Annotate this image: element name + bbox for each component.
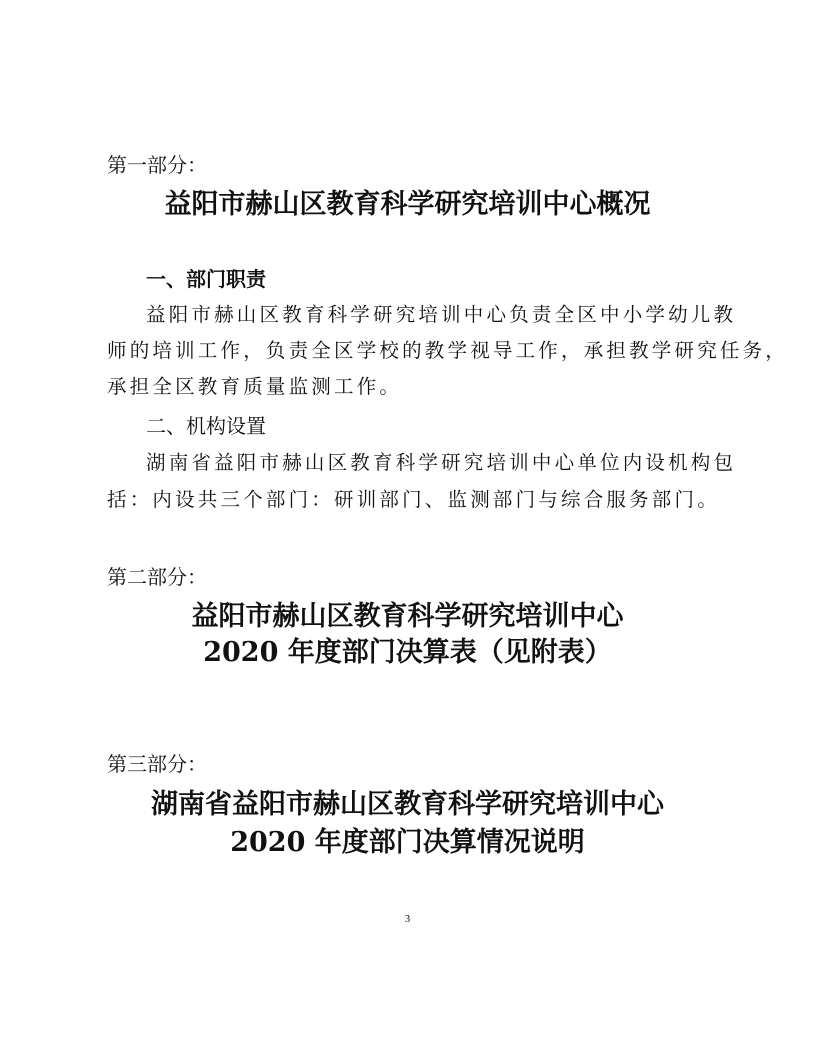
part2-title-line1: 益阳市赫山区教育科学研究培训中心 bbox=[0, 594, 815, 633]
section2-heading: 二、机构设置 bbox=[146, 410, 266, 439]
section2-line-1: 湖南省益阳市赫山区教育科学研究培训中心单位内设机构包 bbox=[146, 447, 736, 475]
section1-heading: 一、部门职责 bbox=[146, 263, 266, 292]
part1-title: 益阳市赫山区教育科学研究培训中心概况 bbox=[0, 182, 815, 221]
page-number: 3 bbox=[0, 913, 815, 925]
part3-label: 第三部分： bbox=[107, 748, 207, 777]
section1-line-2: 师的培训工作，负责全区学校的教学视导工作，承担教学研究任务， bbox=[107, 335, 788, 363]
part3-title-line2: 2020 年度部门决算情况说明 bbox=[0, 820, 815, 859]
part1-label: 第一部分： bbox=[107, 149, 207, 178]
part2-title-line2: 2020 年度部门决算表（见附表） bbox=[0, 630, 815, 669]
part2-label: 第二部分： bbox=[107, 561, 207, 590]
part3-title-line1: 湖南省益阳市赫山区教育科学研究培训中心 bbox=[0, 782, 815, 821]
section1-line-3: 承担全区教育质量监测工作。 bbox=[107, 371, 402, 399]
section1-line-1: 益阳市赫山区教育科学研究培训中心负责全区中小学幼儿教 bbox=[146, 299, 736, 327]
section2-line-2: 括：内设共三个部门：研训部门、监测部门与综合服务部门。 bbox=[107, 484, 720, 512]
